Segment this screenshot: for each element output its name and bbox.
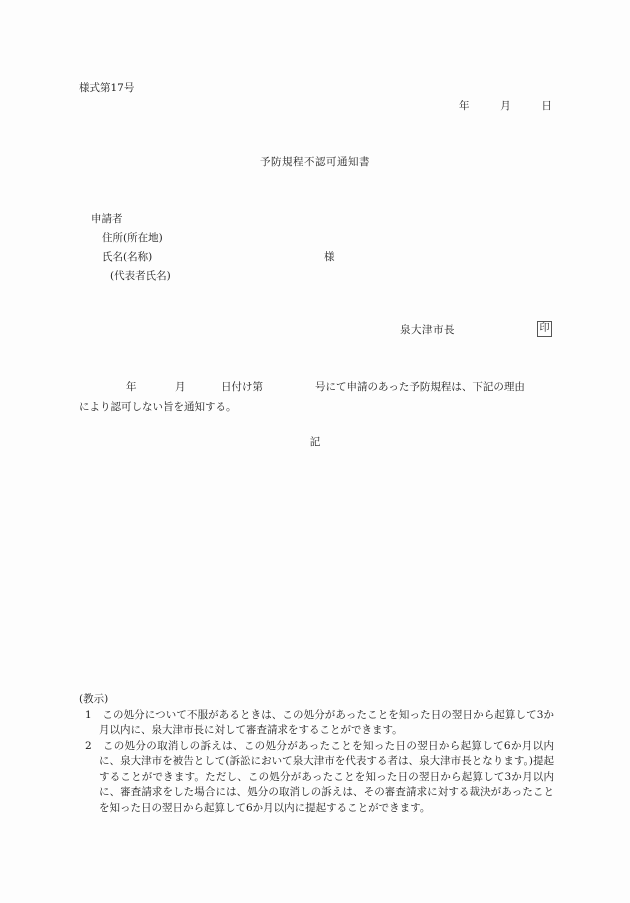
date-line: 年 月 日 bbox=[459, 101, 552, 112]
ki-heading: 記 bbox=[0, 437, 630, 448]
date-month-label: 月 bbox=[500, 101, 511, 112]
body-year: 年 bbox=[126, 382, 137, 393]
applicant-heading: 申請者 bbox=[91, 214, 123, 225]
honorific-sama: 様 bbox=[324, 252, 335, 263]
notice-item-1: 1 この処分について不服があるときは、この処分があったことを知った日の翌日から起… bbox=[79, 708, 554, 739]
applicant-address-label: 住所(所在地) bbox=[102, 233, 163, 244]
body-line-2: により認可しない旨を通知する。 bbox=[79, 402, 237, 413]
representative-label: (代表者氏名) bbox=[110, 271, 171, 282]
body-line1-rest: 号にて申請のあった予防規程は、下記の理由 bbox=[315, 382, 525, 393]
body-day-ref: 日付け第 bbox=[221, 382, 263, 393]
date-year-label: 年 bbox=[459, 101, 470, 112]
issuer-name: 泉大津市長 bbox=[400, 325, 455, 336]
body-month: 月 bbox=[175, 382, 186, 393]
applicant-name-label: 氏名(名称) bbox=[102, 252, 152, 263]
date-day-label: 日 bbox=[541, 101, 552, 112]
form-number: 様式第17号 bbox=[79, 83, 134, 94]
notice-item-2: 2 この処分の取消しの訴えは、この処分があったことを知った日の翌日から起算して6… bbox=[79, 739, 554, 817]
document-title: 予防規程不認可通知書 bbox=[0, 157, 630, 168]
notice-section: (教示) 1 この処分について不服があるときは、この処分があったことを知った日の… bbox=[79, 692, 554, 816]
notice-heading: (教示) bbox=[79, 692, 554, 708]
seal-icon: 印 bbox=[537, 321, 552, 337]
